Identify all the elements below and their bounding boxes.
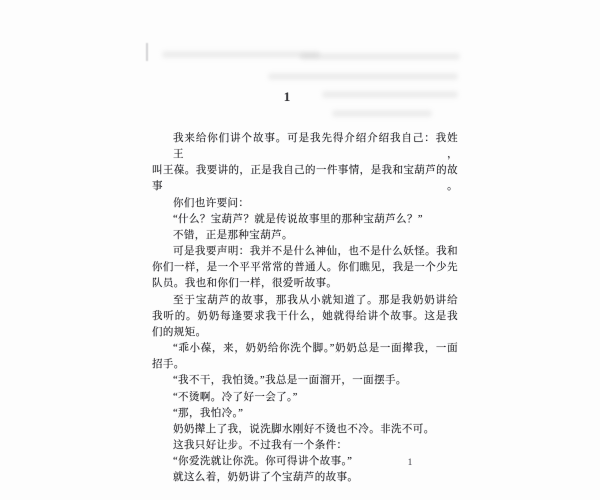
text-block: 我来给你们讲个故事。可是我先得介绍介绍我自己：我姓王， 叫王葆。我要讲的，正是我… xyxy=(152,131,458,486)
text-line: “我不干，我怕烫。”我总是一面溜开，一面摆手。 xyxy=(152,373,458,389)
text-line: “那，我怕冷。” xyxy=(152,406,458,422)
bleed-through-mark xyxy=(162,51,320,58)
text-line: 不错，正是那种宝葫芦。 xyxy=(152,228,458,244)
bleed-through-mark xyxy=(322,91,458,98)
text-line: 奶奶撵上了我，说洗脚水刚好不烫也不冷。非洗不可。 xyxy=(152,422,458,438)
bleed-through-mark xyxy=(146,43,148,61)
book-page: 1 我来给你们讲个故事。可是我先得介绍介绍我自己：我姓王， 叫王葆。我要讲的，正… xyxy=(0,0,600,500)
text-line: 可是我要声明：我并不是什么神仙，也不是什么妖怪。我和 xyxy=(152,244,458,260)
text-line: 招手。 xyxy=(152,357,458,373)
text-line: 你们也许要问： xyxy=(152,196,458,212)
page-number: 1 xyxy=(404,457,416,467)
text-line: “什么？宝葫芦？就是传说故事里的那种宝葫芦么？” xyxy=(152,212,458,228)
text-line: 我来给你们讲个故事。可是我先得介绍介绍我自己：我姓王， xyxy=(152,131,458,163)
bleed-through-mark xyxy=(268,73,458,80)
text-line: 叫王葆。我要讲的，正是我自己的一件事情，是我和宝葫芦的故事。 xyxy=(152,163,458,195)
chapter-number: 1 xyxy=(279,89,295,105)
text-line: 至于宝葫芦的故事，那我从小就知道了。那是我奶奶讲给 xyxy=(152,293,458,309)
text-line: 就这么着，奶奶讲了个宝葫芦的故事。 xyxy=(152,470,458,486)
bleed-through-mark xyxy=(332,110,432,117)
text-line: 你们一样，是一个平平常常的普通人。你们瞧见，我是一个少先 xyxy=(152,260,458,276)
text-line: “乖小葆，来，奶奶给你洗个脚。”奶奶总是一面撵我，一面 xyxy=(152,341,458,357)
bleed-through-mark xyxy=(300,53,460,60)
text-line: 队员。我也和你们一样，很爱听故事。 xyxy=(152,276,458,292)
text-line: 们的规矩。 xyxy=(152,325,458,341)
text-line: 这我只好让步。不过我有一个条件： xyxy=(152,438,458,454)
text-line: “不烫啊。冷了好一会了。” xyxy=(152,390,458,406)
text-line: 我听的。奶奶每逢要求我干什么，她就得给讲个故事。这是我 xyxy=(152,309,458,325)
